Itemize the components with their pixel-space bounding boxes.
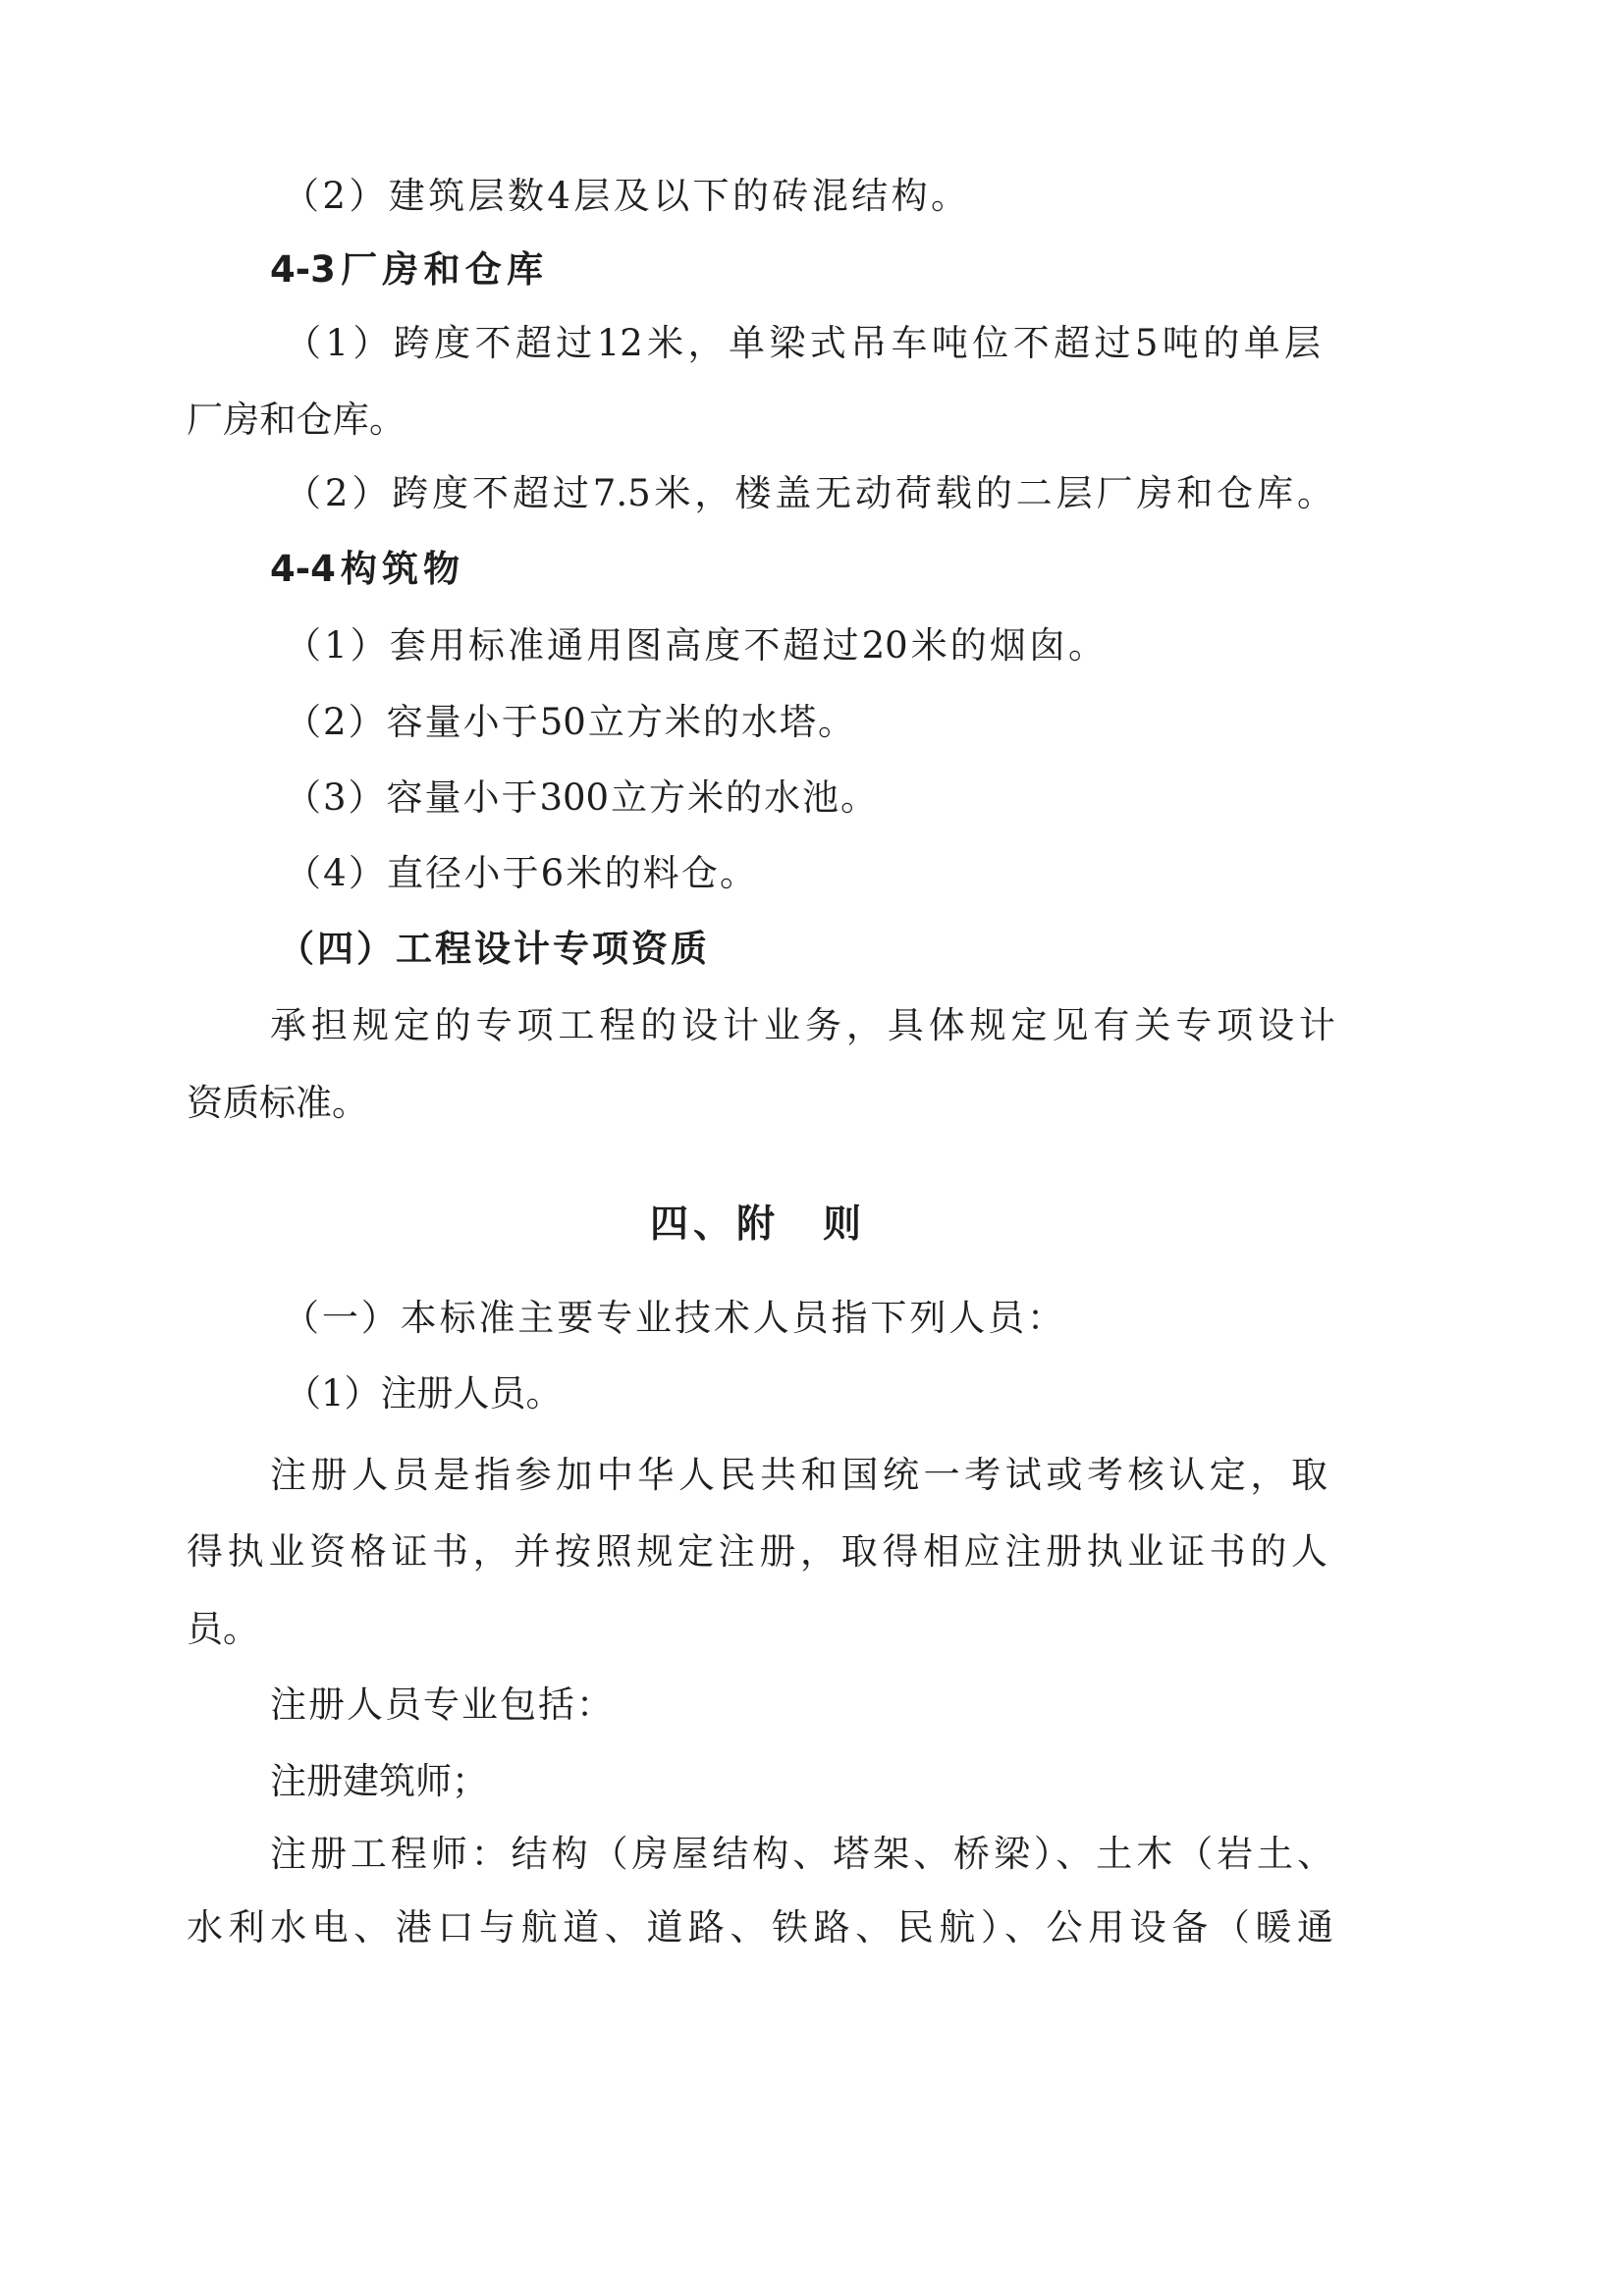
section-heading-supplementary-provisions: 四、附 则 [650, 1203, 861, 1247]
paragraph-registered-personnel-definition-cont-2: 员。 [187, 1608, 236, 1651]
paragraph-registered-specialties-intro: 注册人员专业包括： [270, 1683, 613, 1727]
paragraph-registered-personnel-definition: 注册人员是指参加中华人民共和国统一考试或考核认定，取 [270, 1454, 1327, 1497]
item-chimney: （1）套用标准通用图高度不超过20米的烟囱。 [285, 624, 1105, 667]
item-span-7-5m: （2）跨度不超过7.5米，楼盖无动荷载的二层厂房和仓库。 [285, 472, 1333, 515]
paragraph-registered-engineer-continuation: 水利水电、港口与航道、道路、铁路、民航）、公用设备（暖通 [187, 1906, 1333, 1949]
paragraph-registered-personnel-definition-cont-1: 得执业资格证书，并按照规定注册，取得相应注册执业证书的人 [187, 1530, 1327, 1574]
subheading-special-design-qualification: （四）工程设计专项资质 [278, 928, 707, 971]
paragraph-registered-architect: 注册建筑师； [270, 1760, 487, 1803]
item-silo: （4）直径小于6米的料仓。 [285, 852, 756, 895]
subheading-4-4-structures: 4-4构筑物 [270, 548, 460, 591]
item-water-pool: （3）容量小于300立方米的水池。 [285, 776, 877, 820]
item-key-technical-personnel: （一）本标准主要专业技术人员指下列人员： [283, 1297, 1063, 1340]
item-registered-personnel: （1）注册人员。 [285, 1372, 558, 1415]
item-water-tower: （2）容量小于50立方米的水塔。 [285, 701, 854, 744]
item-brick-concrete-structure: （2）建筑层数4层及以下的砖混结构。 [283, 175, 967, 218]
paragraph-registered-engineer: 注册工程师：结构（房屋结构、塔架、桥梁）、土木（岩土、 [270, 1833, 1333, 1876]
item-span-12m: （1）跨度不超过12米，单梁式吊车吨位不超过5吨的单层 [285, 322, 1321, 365]
paragraph-special-design-scope: 承担规定的专项工程的设计业务，具体规定见有关专项设计 [270, 1004, 1335, 1047]
document-page: （2）建筑层数4层及以下的砖混结构。 4-3厂房和仓库 （1）跨度不超过12米，… [0, 0, 1624, 2296]
subheading-4-3-factory-warehouse: 4-3厂房和仓库 [270, 248, 543, 292]
paragraph-special-design-scope-continuation: 资质标准。 [187, 1082, 361, 1125]
item-span-12m-continuation: 厂房和仓库。 [187, 399, 406, 442]
